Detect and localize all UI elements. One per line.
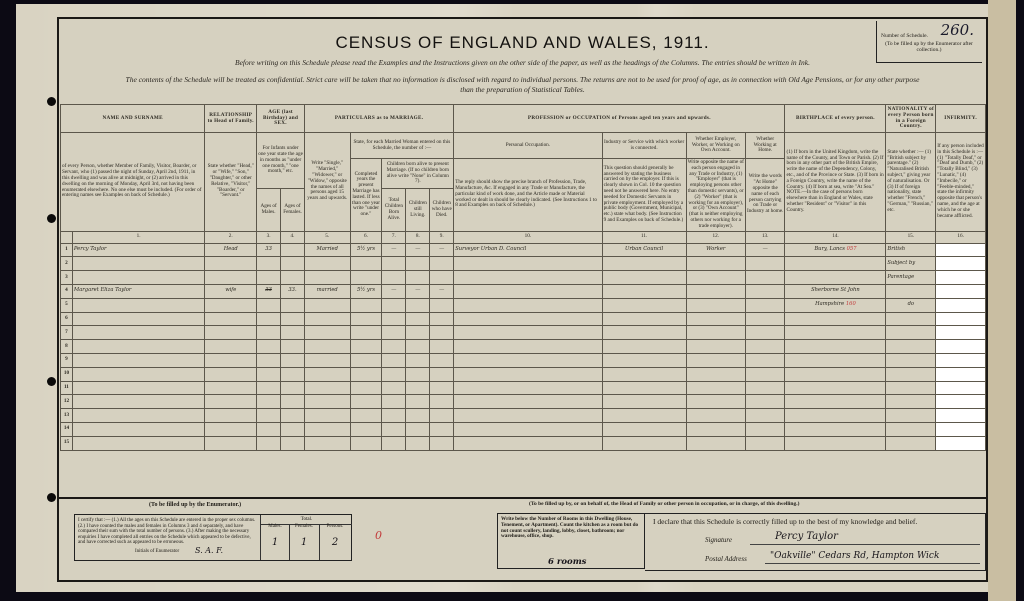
children-living: — bbox=[406, 243, 430, 257]
table-row: 7 bbox=[61, 326, 986, 340]
table-row: 6 bbox=[61, 312, 986, 326]
postal-address-label: Postal Address bbox=[705, 555, 747, 563]
column-number-row: 1. 2. 3. 4. 5. 6. 7. 8. 9. 10. 11. 12. 1… bbox=[61, 231, 986, 243]
children-died-header: Children who have Died. bbox=[430, 189, 454, 231]
row-number: 2 bbox=[61, 257, 73, 271]
punch-hole bbox=[47, 493, 56, 502]
children-total: — bbox=[382, 243, 406, 257]
birthplace: Bury, Lancs 057 bbox=[785, 243, 886, 257]
rooms-count: 6 rooms bbox=[548, 560, 586, 566]
person-name: Percy Taylor bbox=[72, 243, 204, 257]
header-relationship: RELATIONSHIP to Head of Family. bbox=[205, 105, 257, 133]
row-number: 4 bbox=[61, 284, 73, 298]
persons-total: Persons.2 bbox=[319, 524, 351, 560]
males-count: 1 bbox=[261, 537, 289, 548]
table-row: 8 bbox=[61, 340, 986, 354]
infirmity-redacted bbox=[936, 284, 986, 298]
nationality: British bbox=[886, 243, 936, 257]
row-number: 10 bbox=[61, 367, 73, 381]
declaration-box: I declare that this Schedule is correctl… bbox=[645, 513, 986, 571]
occupation-text: Surveyor Urban D. Council bbox=[455, 246, 526, 252]
row-number: 3 bbox=[61, 271, 73, 285]
nationality: Subject by bbox=[886, 257, 936, 271]
children-living: — bbox=[406, 284, 430, 298]
age-females-header: Ages of Females. bbox=[281, 189, 305, 231]
column-number: 16. bbox=[936, 231, 986, 243]
occupier-caption: (To be filled up by, or on behalf of, th… bbox=[529, 501, 799, 507]
row-number: 6 bbox=[61, 312, 73, 326]
instruction-line: Before writing on this Schedule please r… bbox=[59, 58, 986, 67]
persons-label: Persons. bbox=[327, 524, 344, 529]
relationship: Head bbox=[205, 243, 257, 257]
declaration-text: I declare that this Schedule is correctl… bbox=[653, 517, 917, 526]
column-number: 4. bbox=[281, 231, 305, 243]
infirmity-instructions: If any person included in this Schedule … bbox=[936, 133, 986, 232]
schedule-number: 260. bbox=[941, 21, 974, 39]
infirmity-redacted bbox=[936, 298, 986, 312]
table-row: 10 bbox=[61, 367, 986, 381]
person-name: Margaret Eliza Taylor bbox=[72, 284, 204, 298]
females-total: Females.1 bbox=[289, 524, 320, 560]
row-number: 7 bbox=[61, 326, 73, 340]
initials-label: Initials of Enumerator bbox=[135, 549, 179, 554]
document-title: CENSUS OF ENGLAND AND WALES, 1911. bbox=[59, 33, 986, 53]
header-nationality: NATIONALITY of every Person born in a Fo… bbox=[886, 105, 936, 133]
marital-status: married bbox=[304, 284, 350, 298]
birthplace-text: Bury, Lancs bbox=[814, 246, 845, 252]
birthplace-code: 057 bbox=[847, 246, 857, 252]
column-number: 3. bbox=[257, 231, 281, 243]
industry-header: Industry or Service with which worker is… bbox=[602, 133, 686, 159]
row-number: 13 bbox=[61, 409, 73, 423]
infirmity-redacted bbox=[936, 271, 986, 285]
header-occupation: PROFESSION or OCCUPATION of Persons aged… bbox=[454, 105, 785, 133]
age-instructions: For Infants under one year state the age… bbox=[257, 133, 305, 189]
personal-occupation-header: Personal Occupation. bbox=[454, 133, 602, 159]
punch-hole bbox=[47, 97, 56, 106]
row-number: 11 bbox=[61, 381, 73, 395]
enumerator-initials: S. A. F. bbox=[195, 546, 223, 555]
census-table: NAME AND SURNAME RELATIONSHIP to Head of… bbox=[60, 104, 986, 451]
marital-status: Married bbox=[304, 243, 350, 257]
employer-header: Whether Employer, Worker, or Working on … bbox=[686, 133, 745, 159]
rooms-box: Write below the Number of Rooms in this … bbox=[497, 513, 645, 569]
column-number: 13. bbox=[745, 231, 785, 243]
birthplace: Sherborne St John bbox=[785, 284, 886, 298]
birthplace-instructions: (1) If born in the United Kingdom, write… bbox=[785, 133, 886, 232]
row-number: 15 bbox=[61, 436, 73, 450]
enumerator-certification-box: I certify that :— (1.) All the ages on t… bbox=[74, 514, 352, 561]
punch-hole bbox=[47, 377, 56, 386]
children-died: — bbox=[430, 243, 454, 257]
column-number: 10. bbox=[454, 231, 602, 243]
row-number: 5 bbox=[61, 298, 73, 312]
column-number: 5. bbox=[304, 231, 350, 243]
persons-count: 2 bbox=[319, 537, 351, 548]
signature-label: Signature bbox=[705, 536, 732, 544]
infirmity-redacted bbox=[936, 257, 986, 271]
column-number: 15. bbox=[886, 231, 936, 243]
column-number: 12. bbox=[686, 231, 745, 243]
children-instructions: Children born alive to present Marriage.… bbox=[382, 159, 454, 189]
column-number: 2. bbox=[205, 231, 257, 243]
punch-hole bbox=[47, 214, 56, 223]
column-number: 6. bbox=[350, 231, 382, 243]
column-number: 11. bbox=[602, 231, 686, 243]
industry-instructions: This question should generally be answer… bbox=[602, 159, 686, 232]
age-female bbox=[281, 243, 305, 257]
males-total: Males.1 bbox=[261, 524, 290, 560]
children-total-header: Total Children Born Alive. bbox=[382, 189, 406, 231]
table-row: 1 Percy Taylor Head 33 Married 5½ yrs — … bbox=[61, 243, 986, 257]
children-total: — bbox=[382, 284, 406, 298]
signature-line bbox=[750, 544, 980, 545]
row-number: 1 bbox=[61, 243, 73, 257]
table-row: 2 Subject by bbox=[61, 257, 986, 271]
personal-occupation-instructions: The reply should show the precise branch… bbox=[454, 159, 602, 232]
row-number: 9 bbox=[61, 353, 73, 367]
column-number: 1. bbox=[72, 231, 204, 243]
table-row: 14 bbox=[61, 422, 986, 436]
schedule-number-label: Number of Schedule. bbox=[881, 33, 928, 39]
row-number: 12 bbox=[61, 395, 73, 409]
header-name: NAME AND SURNAME bbox=[61, 105, 205, 133]
employer-instructions: Write opposite the name of each person e… bbox=[686, 159, 745, 232]
address-line bbox=[765, 563, 980, 564]
birthplace-text: Hampshire bbox=[815, 301, 844, 307]
males-label: Males. bbox=[268, 524, 281, 529]
children-died: — bbox=[430, 284, 454, 298]
red-check-mark: 0 bbox=[375, 529, 382, 542]
column-number: 7. bbox=[382, 231, 406, 243]
females-count: 1 bbox=[289, 537, 319, 548]
infirmity-redacted bbox=[936, 243, 986, 257]
table-row: 15 bbox=[61, 436, 986, 450]
industry: Urban Council bbox=[602, 243, 686, 257]
birthplace-code: 160 bbox=[846, 301, 856, 307]
signature: Percy Taylor bbox=[775, 531, 838, 542]
table-row: 12 bbox=[61, 395, 986, 409]
age-males-header: Ages of Males. bbox=[257, 189, 281, 231]
table-row: 5 Hampshire 160 do bbox=[61, 298, 986, 312]
at-home-header: Whether Working at Home. bbox=[745, 133, 785, 159]
scan-edge-strip bbox=[988, 0, 1016, 601]
table-row: 4 Margaret Eliza Taylor wife 33 33. marr… bbox=[61, 284, 986, 298]
rooms-instructions: Write below the Number of Rooms in this … bbox=[501, 516, 638, 539]
table-row: 9 bbox=[61, 353, 986, 367]
schedule-number-note: (To be filled up by the Enumerator after… bbox=[881, 41, 977, 53]
table-row: 13 bbox=[61, 409, 986, 423]
age-female: 33. bbox=[281, 284, 305, 298]
column-number: 9. bbox=[430, 231, 454, 243]
nationality: do bbox=[886, 298, 936, 312]
personal-occupation: Surveyor Urban D. Council409 bbox=[454, 243, 602, 257]
at-home-instructions: Write the words "At Home" opposite the n… bbox=[745, 159, 785, 232]
postal-address: "Oakville" Cedars Rd, Hampton Wick bbox=[770, 551, 939, 561]
working-at-home: — bbox=[745, 243, 785, 257]
row-number: 14 bbox=[61, 422, 73, 436]
completed-years-instructions: Completed years the present Marriage has… bbox=[350, 159, 382, 232]
nationality: Parentage bbox=[886, 271, 936, 285]
children-living-header: Children still Living. bbox=[406, 189, 430, 231]
age-male-crossed: 33 bbox=[257, 284, 281, 298]
females-label: Females. bbox=[295, 524, 313, 529]
years-married: 5½ yrs bbox=[350, 243, 382, 257]
enumerator-caption: (To be filled up by the Enumerator.) bbox=[149, 502, 241, 508]
relationship: wife bbox=[205, 284, 257, 298]
marital-status-instructions: Write "Single," "Married," "Widower," or… bbox=[304, 133, 350, 232]
schedule-frame: CENSUS OF ENGLAND AND WALES, 1911. Befor… bbox=[57, 17, 988, 582]
age-male: 33 bbox=[257, 243, 281, 257]
years-married: 5½ yrs bbox=[350, 284, 382, 298]
schedule-number-box: Number of Schedule. 260. (To be filled u… bbox=[876, 21, 982, 63]
header-age: AGE (last Birthday) and SEX. bbox=[257, 105, 305, 133]
header-marriage: PARTICULARS as to MARRIAGE. bbox=[304, 105, 453, 133]
certification-text: I certify that :— (1.) All the ages on t… bbox=[78, 518, 258, 546]
table-row: 11 bbox=[61, 381, 986, 395]
header-birthplace: BIRTHPLACE of every person. bbox=[785, 105, 886, 133]
employment-status: Worker bbox=[686, 243, 745, 257]
nationality-instructions: State whether :— (1) "British subject by… bbox=[886, 133, 936, 232]
name-instructions: of every Person, whether Member of Famil… bbox=[61, 133, 205, 232]
header-infirmity: INFIRMITY. bbox=[936, 105, 986, 133]
footer-section: (To be filled up by the Enumerator.) I c… bbox=[59, 497, 986, 585]
row-number: 8 bbox=[61, 340, 73, 354]
relationship-instructions: State whether "Head," or "Wife," "Son," … bbox=[205, 133, 257, 232]
column-number: 8. bbox=[406, 231, 430, 243]
confidential-line: The contents of the Schedule will be tre… bbox=[59, 75, 986, 84]
married-women-instructions: State, for each Married Woman entered on… bbox=[350, 133, 454, 159]
birthplace: Hampshire 160 bbox=[785, 298, 886, 312]
column-number: 14. bbox=[785, 231, 886, 243]
totals-box: Total. Males.1 Females.1 Persons.2 bbox=[260, 515, 352, 560]
table-row: 3 Parentage bbox=[61, 271, 986, 285]
confidential-line-2: than the preparation of Statistical Tabl… bbox=[59, 85, 986, 94]
